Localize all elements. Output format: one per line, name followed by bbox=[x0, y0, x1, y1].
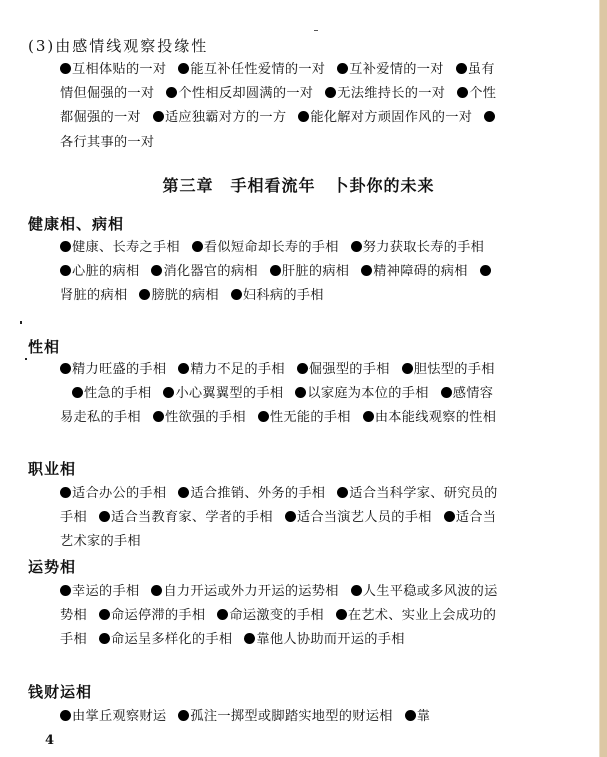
bullet-icon bbox=[99, 511, 110, 522]
bullet-icon bbox=[192, 241, 203, 252]
bullet-icon bbox=[480, 265, 491, 276]
list-item: 心脏的病相 bbox=[60, 264, 139, 279]
category-heading-sex: 性相 bbox=[28, 336, 60, 357]
list-item: 精神障碍的病相 bbox=[361, 264, 467, 279]
bullet-icon bbox=[163, 387, 174, 398]
list-item: 小心翼翼型的手相 bbox=[163, 386, 283, 401]
career-list: 适合办公的手相适合推销、外务的手相适合当科学家、研究员的手相适合当教育家、学者的… bbox=[60, 482, 502, 555]
bullet-icon bbox=[270, 265, 281, 276]
bullet-icon bbox=[60, 487, 71, 498]
bullet-icon bbox=[60, 363, 71, 374]
bullet-icon bbox=[217, 609, 228, 620]
bullet-icon bbox=[60, 585, 71, 596]
list-item: 适合办公的手相 bbox=[60, 486, 166, 501]
list-item: 孤注一掷型或脚踏实地型的财运相 bbox=[178, 709, 392, 724]
category-heading-fortune: 运势相 bbox=[28, 556, 76, 577]
sex-list: 精力旺盛的手相精力不足的手相倔强型的手相胆怯型的手相性急的手相小心翼翼型的手相以… bbox=[60, 358, 502, 431]
list-item: 适应独霸对方的一方 bbox=[153, 110, 286, 125]
list-item: 精力旺盛的手相 bbox=[60, 362, 166, 377]
list-item: 适合当演艺人员的手相 bbox=[285, 510, 432, 525]
bullet-icon bbox=[166, 87, 177, 98]
bullet-icon bbox=[151, 265, 162, 276]
scan-speck bbox=[25, 358, 27, 360]
page-number: 4 bbox=[45, 733, 54, 748]
list-item: 命运激变的手相 bbox=[217, 608, 323, 623]
list-item: 消化器官的病相 bbox=[151, 264, 257, 279]
list-item: 无法维持长的一对 bbox=[325, 86, 445, 101]
list-item: 妇科病的手相 bbox=[231, 288, 324, 303]
list-item: 靠他人协助而开运的手相 bbox=[244, 632, 404, 647]
bullet-icon bbox=[178, 487, 189, 498]
list-item: 命运停滞的手相 bbox=[99, 608, 205, 623]
bullet-icon bbox=[72, 387, 83, 398]
bullet-icon bbox=[484, 111, 495, 122]
bullet-icon bbox=[351, 585, 362, 596]
bullet-icon bbox=[231, 289, 242, 300]
bullet-icon bbox=[351, 241, 362, 252]
list-item: 以家庭为本位的手相 bbox=[295, 386, 428, 401]
health-list: 健康、长寿之手相看似短命却长寿的手相努力获取长寿的手相心脏的病相消化器官的病相肝… bbox=[60, 236, 502, 309]
list-item: 健康、长寿之手相 bbox=[60, 240, 180, 255]
bullet-icon bbox=[99, 633, 110, 644]
bullet-icon bbox=[60, 710, 71, 721]
list-item: 倔强型的手相 bbox=[297, 362, 390, 377]
list-item: 膀胱的病相 bbox=[139, 288, 218, 303]
bullet-icon bbox=[441, 387, 452, 398]
list-item: 幸运的手相 bbox=[60, 584, 139, 599]
bullet-icon bbox=[178, 363, 189, 374]
bullet-icon bbox=[139, 289, 150, 300]
bullet-icon bbox=[297, 363, 308, 374]
list-item: 能化解对方顽固作风的一对 bbox=[298, 110, 472, 125]
bullet-icon bbox=[361, 265, 372, 276]
bullet-icon bbox=[457, 87, 468, 98]
list-item: 适合推销、外务的手相 bbox=[178, 486, 325, 501]
bullet-icon bbox=[258, 411, 269, 422]
wealth-list: 由掌丘观察财运孤注一掷型或脚踏实地型的财运相靠 bbox=[60, 705, 502, 729]
list-item: 由掌丘观察财运 bbox=[60, 709, 166, 724]
bullet-icon bbox=[336, 609, 347, 620]
bullet-icon bbox=[456, 63, 467, 74]
list-item: 性急的手相 bbox=[72, 386, 151, 401]
bullet-icon bbox=[178, 710, 189, 721]
bullet-icon bbox=[295, 387, 306, 398]
bullet-icon bbox=[153, 411, 164, 422]
list-item: 精力不足的手相 bbox=[178, 362, 284, 377]
list-item: 能互补任性爱情的一对 bbox=[178, 62, 325, 77]
bullet-icon bbox=[60, 265, 71, 276]
list-item: 命运呈多样化的手相 bbox=[99, 632, 232, 647]
list-item: 胆怯型的手相 bbox=[402, 362, 495, 377]
list-item: 性无能的手相 bbox=[258, 410, 351, 425]
list-item: 适合当教育家、学者的手相 bbox=[99, 510, 273, 525]
print-mark bbox=[314, 30, 318, 31]
bullet-icon bbox=[151, 585, 162, 596]
category-heading-career: 职业相 bbox=[28, 458, 76, 479]
chapter-title: 第三章 手相看流年 卜卦你的未来 bbox=[0, 173, 597, 196]
bullet-icon bbox=[178, 63, 189, 74]
bullet-icon bbox=[405, 710, 416, 721]
fortune-list: 幸运的手相自力开运或外力开运的运势相人生平稳或多风波的运势相命运停滞的手相命运激… bbox=[60, 580, 502, 653]
category-heading-wealth: 钱财运相 bbox=[28, 681, 92, 702]
bullet-icon bbox=[363, 411, 374, 422]
list-item: 靠 bbox=[405, 709, 431, 724]
list-item: 看似短命却长寿的手相 bbox=[192, 240, 339, 255]
affinity-list: 互相体贴的一对能互补任性爱情的一对互补爱情的一对虽有情但倔强的一对个性相反却圆满… bbox=[60, 58, 502, 155]
bullet-icon bbox=[337, 63, 348, 74]
bullet-icon bbox=[285, 511, 296, 522]
bullet-icon bbox=[325, 87, 336, 98]
category-heading-health: 健康相、病相 bbox=[28, 213, 124, 234]
book-page: (3)由感情线观察投缘性 互相体贴的一对能互补任性爱情的一对互补爱情的一对虽有情… bbox=[0, 0, 597, 757]
bullet-icon bbox=[99, 609, 110, 620]
bullet-icon bbox=[337, 487, 348, 498]
list-item: 互相体贴的一对 bbox=[60, 62, 166, 77]
section-heading-affinity: (3)由感情线观察投缘性 bbox=[28, 35, 208, 56]
list-item: 努力获取长寿的手相 bbox=[351, 240, 484, 255]
list-item: 由本能线观察的性相 bbox=[363, 410, 496, 425]
bullet-icon bbox=[298, 111, 309, 122]
bullet-icon bbox=[444, 511, 455, 522]
bullet-icon bbox=[244, 633, 255, 644]
list-item: 个性相反却圆满的一对 bbox=[166, 86, 313, 101]
bullet-icon bbox=[60, 241, 71, 252]
bullet-icon bbox=[60, 63, 71, 74]
list-item: 性欲强的手相 bbox=[153, 410, 246, 425]
list-item: 自力开运或外力开运的运势相 bbox=[151, 584, 338, 599]
list-item: 互补爱情的一对 bbox=[337, 62, 443, 77]
book-edge bbox=[599, 0, 607, 757]
bullet-icon bbox=[402, 363, 413, 374]
scan-speck bbox=[20, 321, 22, 324]
bullet-icon bbox=[153, 111, 164, 122]
list-item: 肝脏的病相 bbox=[270, 264, 349, 279]
